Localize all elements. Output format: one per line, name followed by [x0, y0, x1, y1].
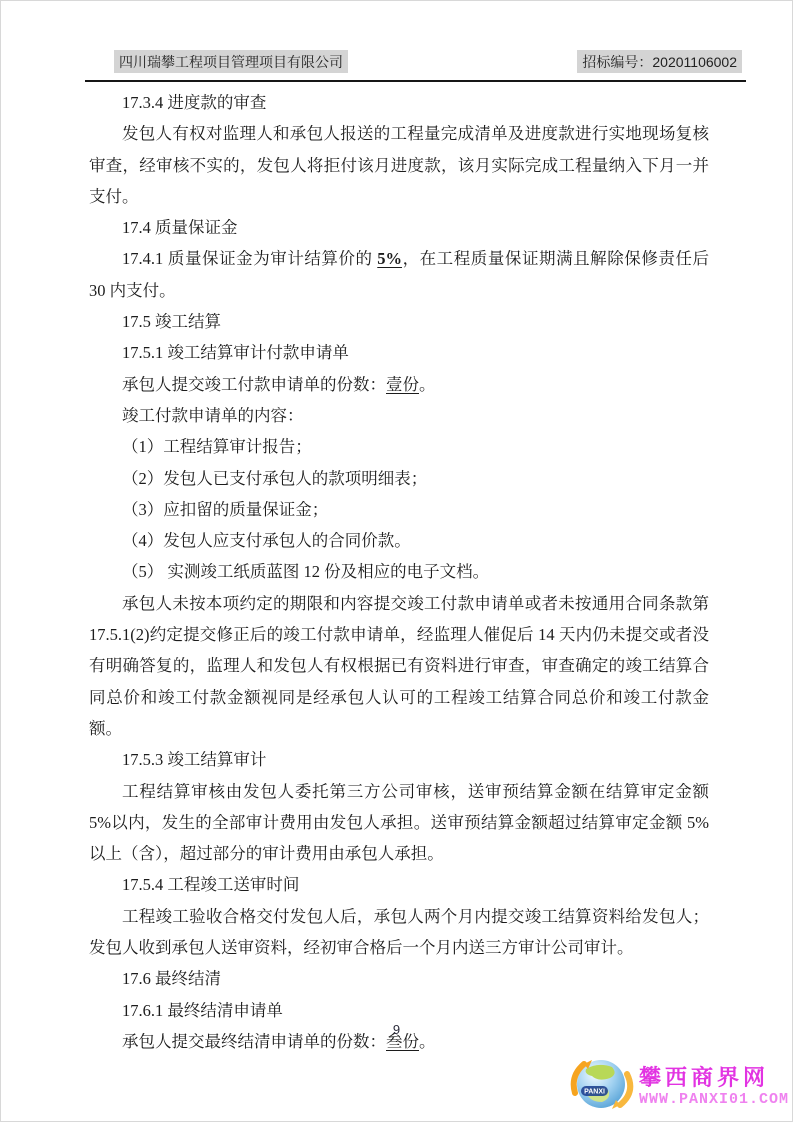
body-paragraph: 工程结算审核由发包人委托第三方公司审核，送审预结算金额在结算审定金额 5%以内，…	[89, 776, 709, 870]
watermark-text-block: 攀西商界网 WWW.PANXI01.COM	[639, 1065, 789, 1108]
body-paragraph: （2）发包人已支付承包人的款项明细表；	[89, 463, 709, 494]
body-paragraph: （3）应扣留的质量保证金；	[89, 494, 709, 525]
body-paragraph: （5） 实测竣工纸质蓝图 12 份及相应的电子文档。	[89, 556, 709, 587]
body-paragraph: 17.4.1 质量保证金为审计结算价的 5%，在工程质量保证期满且解除保修责任后…	[89, 243, 709, 306]
body-paragraph: 竣工付款申请单的内容：	[89, 400, 709, 431]
section-heading: 17.4 质量保证金	[89, 212, 709, 243]
tender-number-value: 20201106002	[652, 54, 737, 70]
body-paragraph: 发包人有权对监理人和承包人报送的工程量完成清单及进度款进行实地现场复核审查，经审…	[89, 118, 709, 212]
watermark-site-url: WWW.PANXI01.COM	[639, 1091, 789, 1108]
section-heading: 17.5.4 工程竣工送审时间	[89, 869, 709, 900]
panxi-globe-logo-icon: PANXI	[568, 1053, 638, 1120]
section-heading: 17.3.4 进度款的审查	[89, 87, 709, 118]
section-heading: 17.5.1 竣工结算审计付款申请单	[89, 337, 709, 368]
watermark-site-name: 攀西商界网	[639, 1065, 769, 1090]
body-paragraph: （4）发包人应支付承包人的合同价款。	[89, 525, 709, 556]
page-number: 9	[1, 1022, 792, 1037]
page-header: 四川瑞攀工程项目管理项目有限公司 招标编号：20201106002	[87, 50, 742, 73]
section-heading: 17.5.3 竣工结算审计	[89, 744, 709, 775]
section-heading: 17.6 最终结清	[89, 963, 709, 994]
header-tender-number: 招标编号：20201106002	[577, 50, 742, 73]
document-body: 17.3.4 进度款的审查发包人有权对监理人和承包人报送的工程量完成清单及进度款…	[89, 87, 709, 1057]
body-paragraph: 承包人未按本项约定的期限和内容提交竣工付款申请单或者未按通用合同条款第17.5.…	[89, 588, 709, 744]
header-company-name: 四川瑞攀工程项目管理项目有限公司	[114, 50, 348, 73]
tender-number-label: 招标编号：	[582, 54, 652, 70]
panxi-logo-text: PANXI	[584, 1089, 605, 1096]
body-paragraph: （1）工程结算审计报告；	[89, 431, 709, 462]
watermark: PANXI 攀西商界网 WWW.PANXI01.COM	[568, 1053, 789, 1120]
header-rule	[85, 80, 746, 82]
document-page: 四川瑞攀工程项目管理项目有限公司 招标编号：20201106002 17.3.4…	[0, 0, 793, 1122]
section-heading: 17.5 竣工结算	[89, 306, 709, 337]
body-paragraph: 承包人提交竣工付款申请单的份数：壹份。	[89, 369, 709, 400]
body-paragraph: 工程竣工验收合格交付发包人后，承包人两个月内提交竣工结算资料给发包人；发包人收到…	[89, 901, 709, 964]
